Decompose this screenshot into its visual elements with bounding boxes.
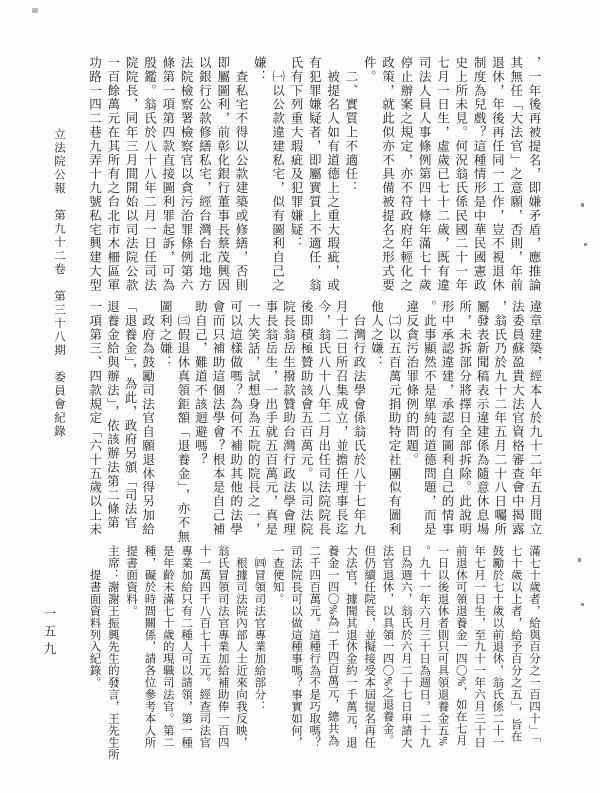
- text-column: 可以這樣做嗎？為何不補助其他的法學: [226, 300, 244, 540]
- text-column: 史上所未見。何況翁氏係民國二十一年: [451, 56, 469, 296]
- text-column: 提書面資料列入紀錄。: [85, 545, 103, 751]
- text-column: ，一年後再被提名，即嫌矛盾，應推論: [525, 56, 543, 296]
- text-column: 月十二日所召集成立，並擔任理事長迄: [332, 300, 350, 540]
- text-column: 法官退休，以具領一四〇%之退養金。: [378, 545, 396, 751]
- text-column: ㈢假退休真領鉅額「退養金」，亦不無: [173, 300, 191, 540]
- text-column: 。九十一年六月三十日為週日，二十九: [415, 545, 433, 751]
- text-column: 十一萬四千八百七十五元。經查司法官: [195, 545, 213, 751]
- text-column: 養金一四〇%為一千四百萬元，總共為: [323, 545, 341, 751]
- gazette-page: 立法院公報 第九十二卷 第三十八期 委員會紀錄 一五九 ，一年後再被提名，即嫌矛…: [0, 0, 600, 793]
- text-column: 種，礙於時間關係，請各位參考本人所: [140, 545, 158, 751]
- text-column: ㈡以五百萬元捐助特定社團似有圖利: [385, 300, 403, 540]
- text-column: 院院長，同年三月間開始以司法院公款: [122, 56, 140, 296]
- text-column: 停止辦案之規定，亦不符政府年輕化之: [397, 56, 415, 296]
- text-column: 滿七十歲者，給與百分之一百四十」「: [525, 545, 543, 751]
- text-column: 助自己，難道不該迴避嗎？: [191, 300, 209, 540]
- text-column: 政府為鼓勵司法官自願退休得另加給: [138, 300, 156, 540]
- text-column: 一百餘萬元在其所有之台北市木柵區軍: [104, 56, 122, 296]
- text-column: 查私宅不得以公款建築或修繕，否則: [232, 56, 250, 296]
- text-column: 違章建築，經本人於九十二年五月間立: [525, 300, 543, 540]
- text-column: 事長翁岳生，一出手就五百萬元，真是: [261, 300, 279, 540]
- text-column: 一大笑話，試想身為五院的院長之一，: [244, 300, 262, 540]
- text-column: 法院檢察署檢察官以貪污治罪條例第六: [177, 56, 195, 296]
- scan-speck: [581, 203, 584, 207]
- text-column: 一查便知。: [268, 545, 286, 751]
- text-column: 鼓勵於七十歲以前退休，翁氏係二十一: [488, 545, 506, 751]
- text-column: 日為週六，翁氏於六月二十七日申請大: [397, 545, 415, 751]
- text-column: 其無任「大法官」之意願，否則，年前: [506, 56, 524, 296]
- text-column: 一項第三、四款規定「六十五歲以上未: [85, 300, 103, 540]
- text-column: 大法官，據聞其退休金約一千萬元，退: [342, 545, 360, 751]
- text-column: 一日以後退休者則只可具領退養金五%: [433, 545, 451, 751]
- text-column: 提書面資料。: [122, 545, 140, 751]
- text-column: ㈠以公款違建私宅，似有圖利自己之: [268, 56, 286, 296]
- text-column: 院長翁岳生撥款贊助台灣行政法學會理: [279, 300, 297, 540]
- text-column: 前退休可領退養金一四〇%，如在七月: [451, 545, 469, 751]
- text-column: 圖利之嫌：: [156, 300, 174, 540]
- text-column: 七月一日生，虛歲已七十二歲，既有違: [433, 56, 451, 296]
- page-number: 一五九: [41, 607, 56, 660]
- text-column: 殷鑑。翁氏於八十八年二月一日任司法: [140, 56, 158, 296]
- scan-speck: [32, 8, 38, 13]
- text-column: 二、實質上不適任：: [342, 56, 360, 296]
- text-column: 今，翁氏八十八年二月出任司法院院長: [314, 300, 332, 540]
- text-column: 年七月一日生，至九十一年六月三十日: [470, 545, 488, 751]
- text-column: 制度為兒戲？這種情形是中華民國憲政: [470, 56, 488, 296]
- text-column: 違反貪污治罪條例的問題。: [402, 300, 420, 540]
- text-column: 功路一四二巷九弄十九號私宅興建大型: [85, 56, 103, 296]
- text-column: 根據司法院內部人士近來向我反映，: [232, 545, 250, 751]
- text-column: 「退養金」，為此，政府另頒「司法官: [120, 300, 138, 540]
- text-column: 是年齡未滿七十歲的現職司法官。第二: [158, 545, 176, 751]
- text-column: 主席：謝謝王振興先生的發言，王先生所: [104, 545, 122, 751]
- main-text-block: ，一年後再被提名，即嫌矛盾，應推論其無任「大法官」之意願，否則，年前退休，年後再…: [85, 56, 543, 751]
- text-column: 條第一項第四款直接圖利罪起訴，可為: [158, 56, 176, 296]
- scan-speck: [584, 243, 587, 246]
- text-column: 被提名人如有道德上之重大瑕疵，或: [323, 56, 341, 296]
- text-register-middle: 違章建築，經本人於九十二年五月間立法委員蘇盈貴大法官資格審查會中揭露，翁氏乃於九…: [85, 300, 543, 540]
- text-column: ，翁氏乃於九十二年五月二十八日囑所: [490, 300, 508, 540]
- text-column: 政策，就此似亦不具備被提名之形式要: [378, 56, 396, 296]
- text-column: 退休，年後再任同一工作，豈不視退休: [488, 56, 506, 296]
- text-column: 所，未拆部分將擇日全部拆除。此說明: [455, 300, 473, 540]
- text-column: 氏有下列重大瑕疵及犯罪嫌疑：: [287, 56, 305, 296]
- text-column: 二千四百萬元。這種行為不是巧取嗎？: [305, 545, 323, 751]
- scan-speck: [581, 603, 584, 606]
- text-column: 有犯罪嫌疑者，即屬實質上不適任，翁: [305, 56, 323, 296]
- text-column: 屬發表新聞稿表示違建係為隨意休息場: [473, 300, 491, 540]
- text-column: 退養金給與辦法」，依該辦法第二條第: [103, 300, 121, 540]
- text-column: 翁氏冒領司法官專業加給補助俸一百四: [213, 545, 231, 751]
- text-column: 法委員蘇盈貴大法官資格審查會中揭露: [508, 300, 526, 540]
- text-column: 形中承認違建，承認有圖利自己的情事: [437, 300, 455, 540]
- text-column: 七十歲以上者，給予百分之五」，旨在: [506, 545, 524, 751]
- scan-speck: [578, 558, 581, 562]
- text-column: ㈣冒領司法官專業加給部分：: [250, 545, 268, 751]
- text-column: 以銀行公款修繕私宅，經台灣台北地方: [195, 56, 213, 296]
- text-column: 司法院長可以做這種事嗎？事實如何，: [287, 545, 305, 751]
- text-column: 台灣行政法學會係翁氏於八十七年九: [349, 300, 367, 540]
- text-column: 會而只補助這個法學會？根本是自己補: [208, 300, 226, 540]
- text-column: 他人之嫌：: [367, 300, 385, 540]
- text-column: 嫌：: [250, 56, 268, 296]
- text-column: 但仍續任院長，並擬接受本屆提名再任: [360, 545, 378, 751]
- gazette-margin-title: 立法院公報 第九十二卷 第三十八期 委員會紀錄: [52, 128, 66, 439]
- text-column: 司法人員人事條例第四十條年滿七十歲: [415, 56, 433, 296]
- text-column: 件。: [360, 56, 378, 296]
- text-column: 專業加給只有二種人可以請領，第一種: [177, 545, 195, 751]
- text-column: 即屬圖利，前彰化銀行董事長蔡茂興因: [213, 56, 231, 296]
- text-column: 後即積極贊助該會五百萬元。以司法院: [296, 300, 314, 540]
- text-column: 。此事顯然不是單純的道德問題，而是: [420, 300, 438, 540]
- text-register-bottom: 滿七十歲者，給與百分之一百四十」「七十歲以上者，給予百分之五」，旨在鼓勵於七十歲…: [85, 545, 543, 751]
- text-register-top: ，一年後再被提名，即嫌矛盾，應推論其無任「大法官」之意願，否則，年前退休，年後再…: [85, 56, 543, 296]
